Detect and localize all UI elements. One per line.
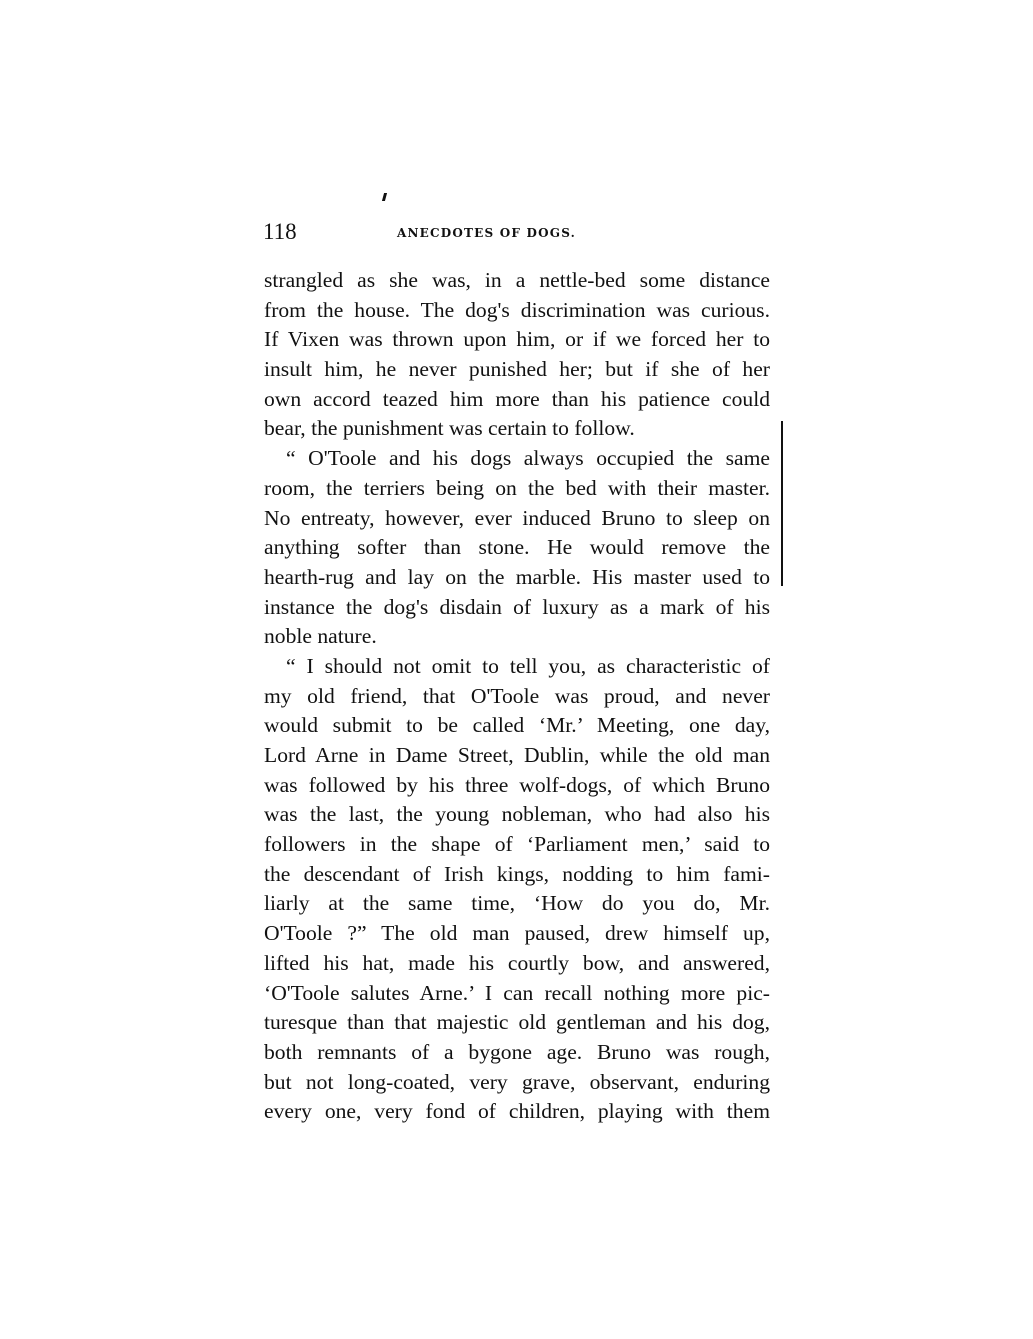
text-line: was the last, the young nobleman, who ha… [264, 800, 770, 830]
running-head: 118 ANECDOTES OF DOGS. [263, 219, 773, 249]
text-line: but not long-coated, very grave, observa… [264, 1068, 770, 1098]
text-line: noble nature. [264, 622, 770, 652]
text-line: bear, the punishment was certain to foll… [264, 414, 770, 444]
text-line: would submit to be called ‘Mr.’ Meeting,… [264, 711, 770, 741]
stray-ink-mark [382, 193, 387, 201]
text-line: was followed by his three wolf-dogs, of … [264, 771, 770, 801]
page-number: 118 [263, 219, 297, 245]
text-line: ‘O'Toole salutes Arne.’ I can recall not… [264, 979, 770, 1009]
text-line: Lord Arne in Dame Street, Dublin, while … [264, 741, 770, 771]
body-text: strangled as she was, in a nettle-bed so… [264, 266, 770, 1127]
running-title: ANECDOTES OF DOGS. [397, 226, 576, 240]
text-line: both remnants of a bygone age. Bruno was… [264, 1038, 770, 1068]
text-line: followers in the shape of ‘Parliament me… [264, 830, 770, 860]
text-line: own accord teazed him more than his pati… [264, 385, 770, 415]
text-line: hearth-rug and lay on the marble. His ma… [264, 563, 770, 593]
text-line: from the house. The dog's discrimination… [264, 296, 770, 326]
text-line: liarly at the same time, ‘How do you do,… [264, 889, 770, 919]
text-line: insult him, he never punished her; but i… [264, 355, 770, 385]
text-line: strangled as she was, in a nettle-bed so… [264, 266, 770, 296]
text-line: “ O'Toole and his dogs always occupied t… [264, 444, 770, 474]
text-line: lifted his hat, made his courtly bow, an… [264, 949, 770, 979]
text-line: No entreaty, however, ever induced Bruno… [264, 504, 770, 534]
text-line: my old friend, that O'Toole was proud, a… [264, 682, 770, 712]
text-line: every one, very fond of children, playin… [264, 1097, 770, 1127]
text-line: If Vixen was thrown upon him, or if we f… [264, 325, 770, 355]
text-line: instance the dog's disdain of luxury as … [264, 593, 770, 623]
text-line: room, the terriers being on the bed with… [264, 474, 770, 504]
book-page: 118 ANECDOTES OF DOGS. strangled as she … [0, 0, 1033, 1339]
text-line: “ I should not omit to tell you, as char… [264, 652, 770, 682]
text-line: anything softer than stone. He would rem… [264, 533, 770, 563]
margin-rule-line [781, 421, 783, 586]
text-line: O'Toole ?” The old man paused, drew hims… [264, 919, 770, 949]
text-line: the descendant of Irish kings, nodding t… [264, 860, 770, 890]
text-line: turesque than that majestic old gentlema… [264, 1008, 770, 1038]
